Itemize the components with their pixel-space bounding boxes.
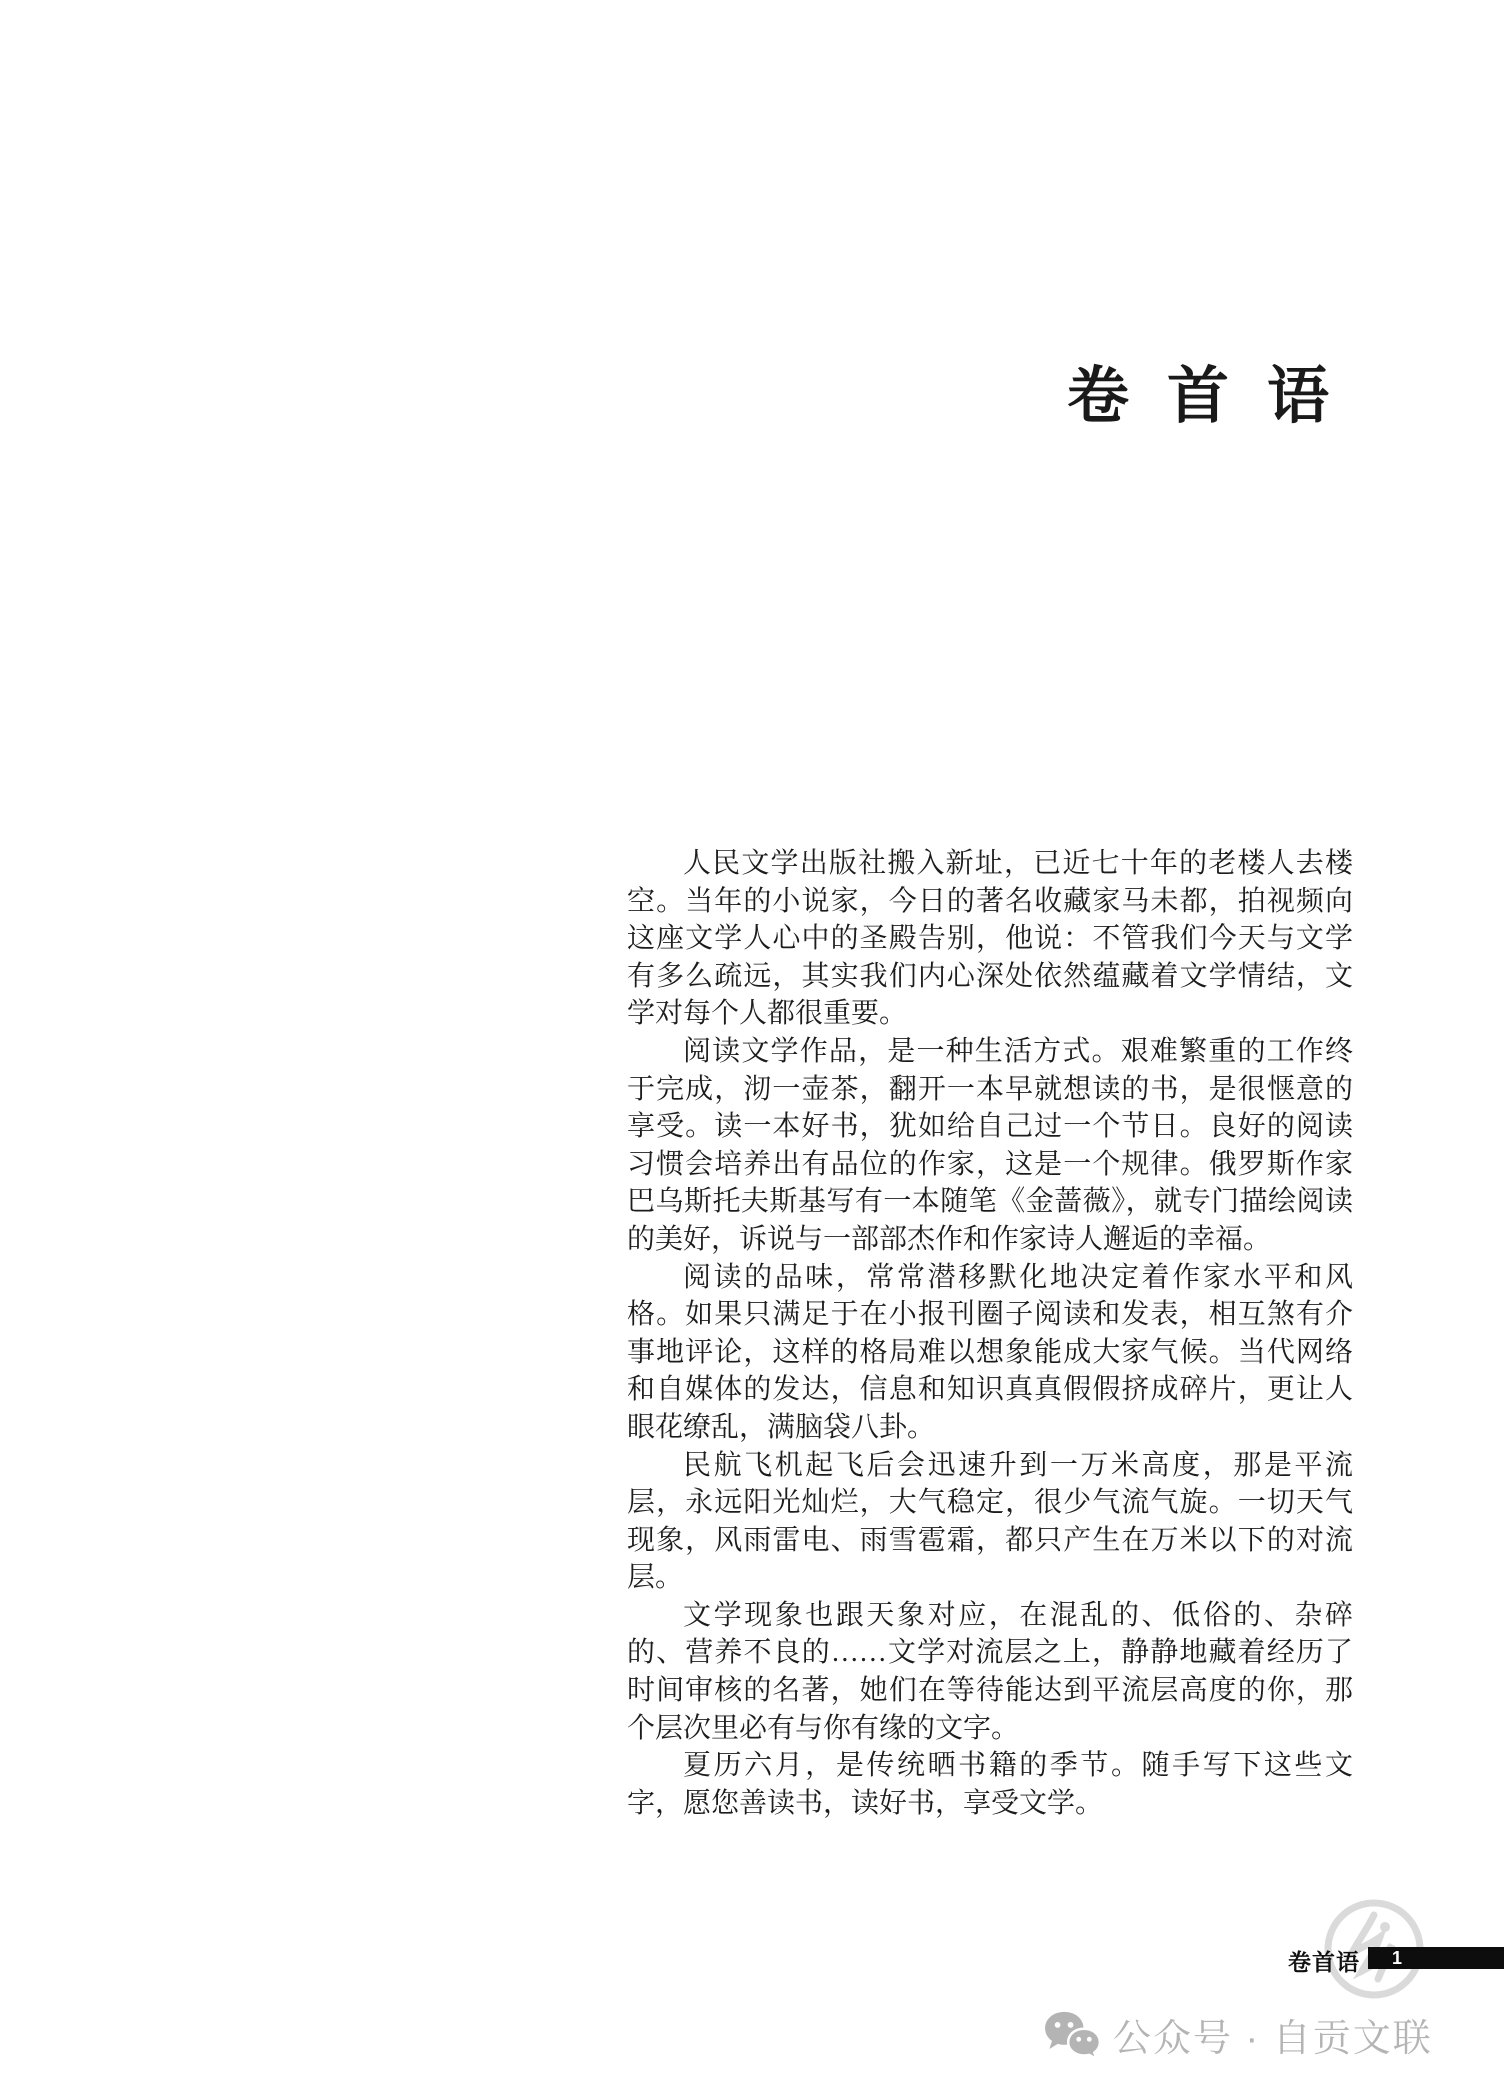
footer-page-bar: 1: [1368, 1947, 1504, 1969]
paragraph-4: 民航飞机起飞后会迅速升到一万米高度，那是平流层，永远阳光灿烂，大气稳定，很少气流…: [627, 1447, 1353, 1597]
watermark-label: 公众号 · 自贡文联: [1113, 2007, 1433, 2062]
page-number: 1: [1368, 1947, 1402, 1969]
magazine-page: 卷首语 人民文学出版社搬入新址，已近七十年的老楼人去楼空。当年的小说家，今日的著…: [0, 0, 1504, 2095]
footer-section-label: 卷首语: [1288, 1944, 1360, 1977]
paragraph-2: 阅读文学作品，是一种生活方式。艰难繁重的工作终于完成，沏一壶茶，翻开一本早就想读…: [627, 1033, 1353, 1259]
paragraph-5: 文学现象也跟天象对应，在混乱的、低俗的、杂碎的、营养不良的……文学对流层之上，静…: [627, 1597, 1353, 1747]
paragraph-3: 阅读的品味，常常潜移默化地决定着作家水平和风格。如果只满足于在小报刊圈子阅读和发…: [627, 1259, 1353, 1447]
page-title: 卷首语: [1067, 364, 1367, 430]
wechat-icon: [1043, 2010, 1101, 2060]
paragraph-6: 夏历六月，是传统晒书籍的季节。随手写下这些文字，愿您善读书，读好书，享受文学。: [627, 1747, 1353, 1822]
foreword-body: 人民文学出版社搬入新址，已近七十年的老楼人去楼空。当年的小说家，今日的著名收藏家…: [627, 845, 1353, 1822]
paragraph-1: 人民文学出版社搬入新址，已近七十年的老楼人去楼空。当年的小说家，今日的著名收藏家…: [627, 845, 1353, 1033]
wechat-watermark: 公众号 · 自贡文联: [1043, 2007, 1433, 2062]
